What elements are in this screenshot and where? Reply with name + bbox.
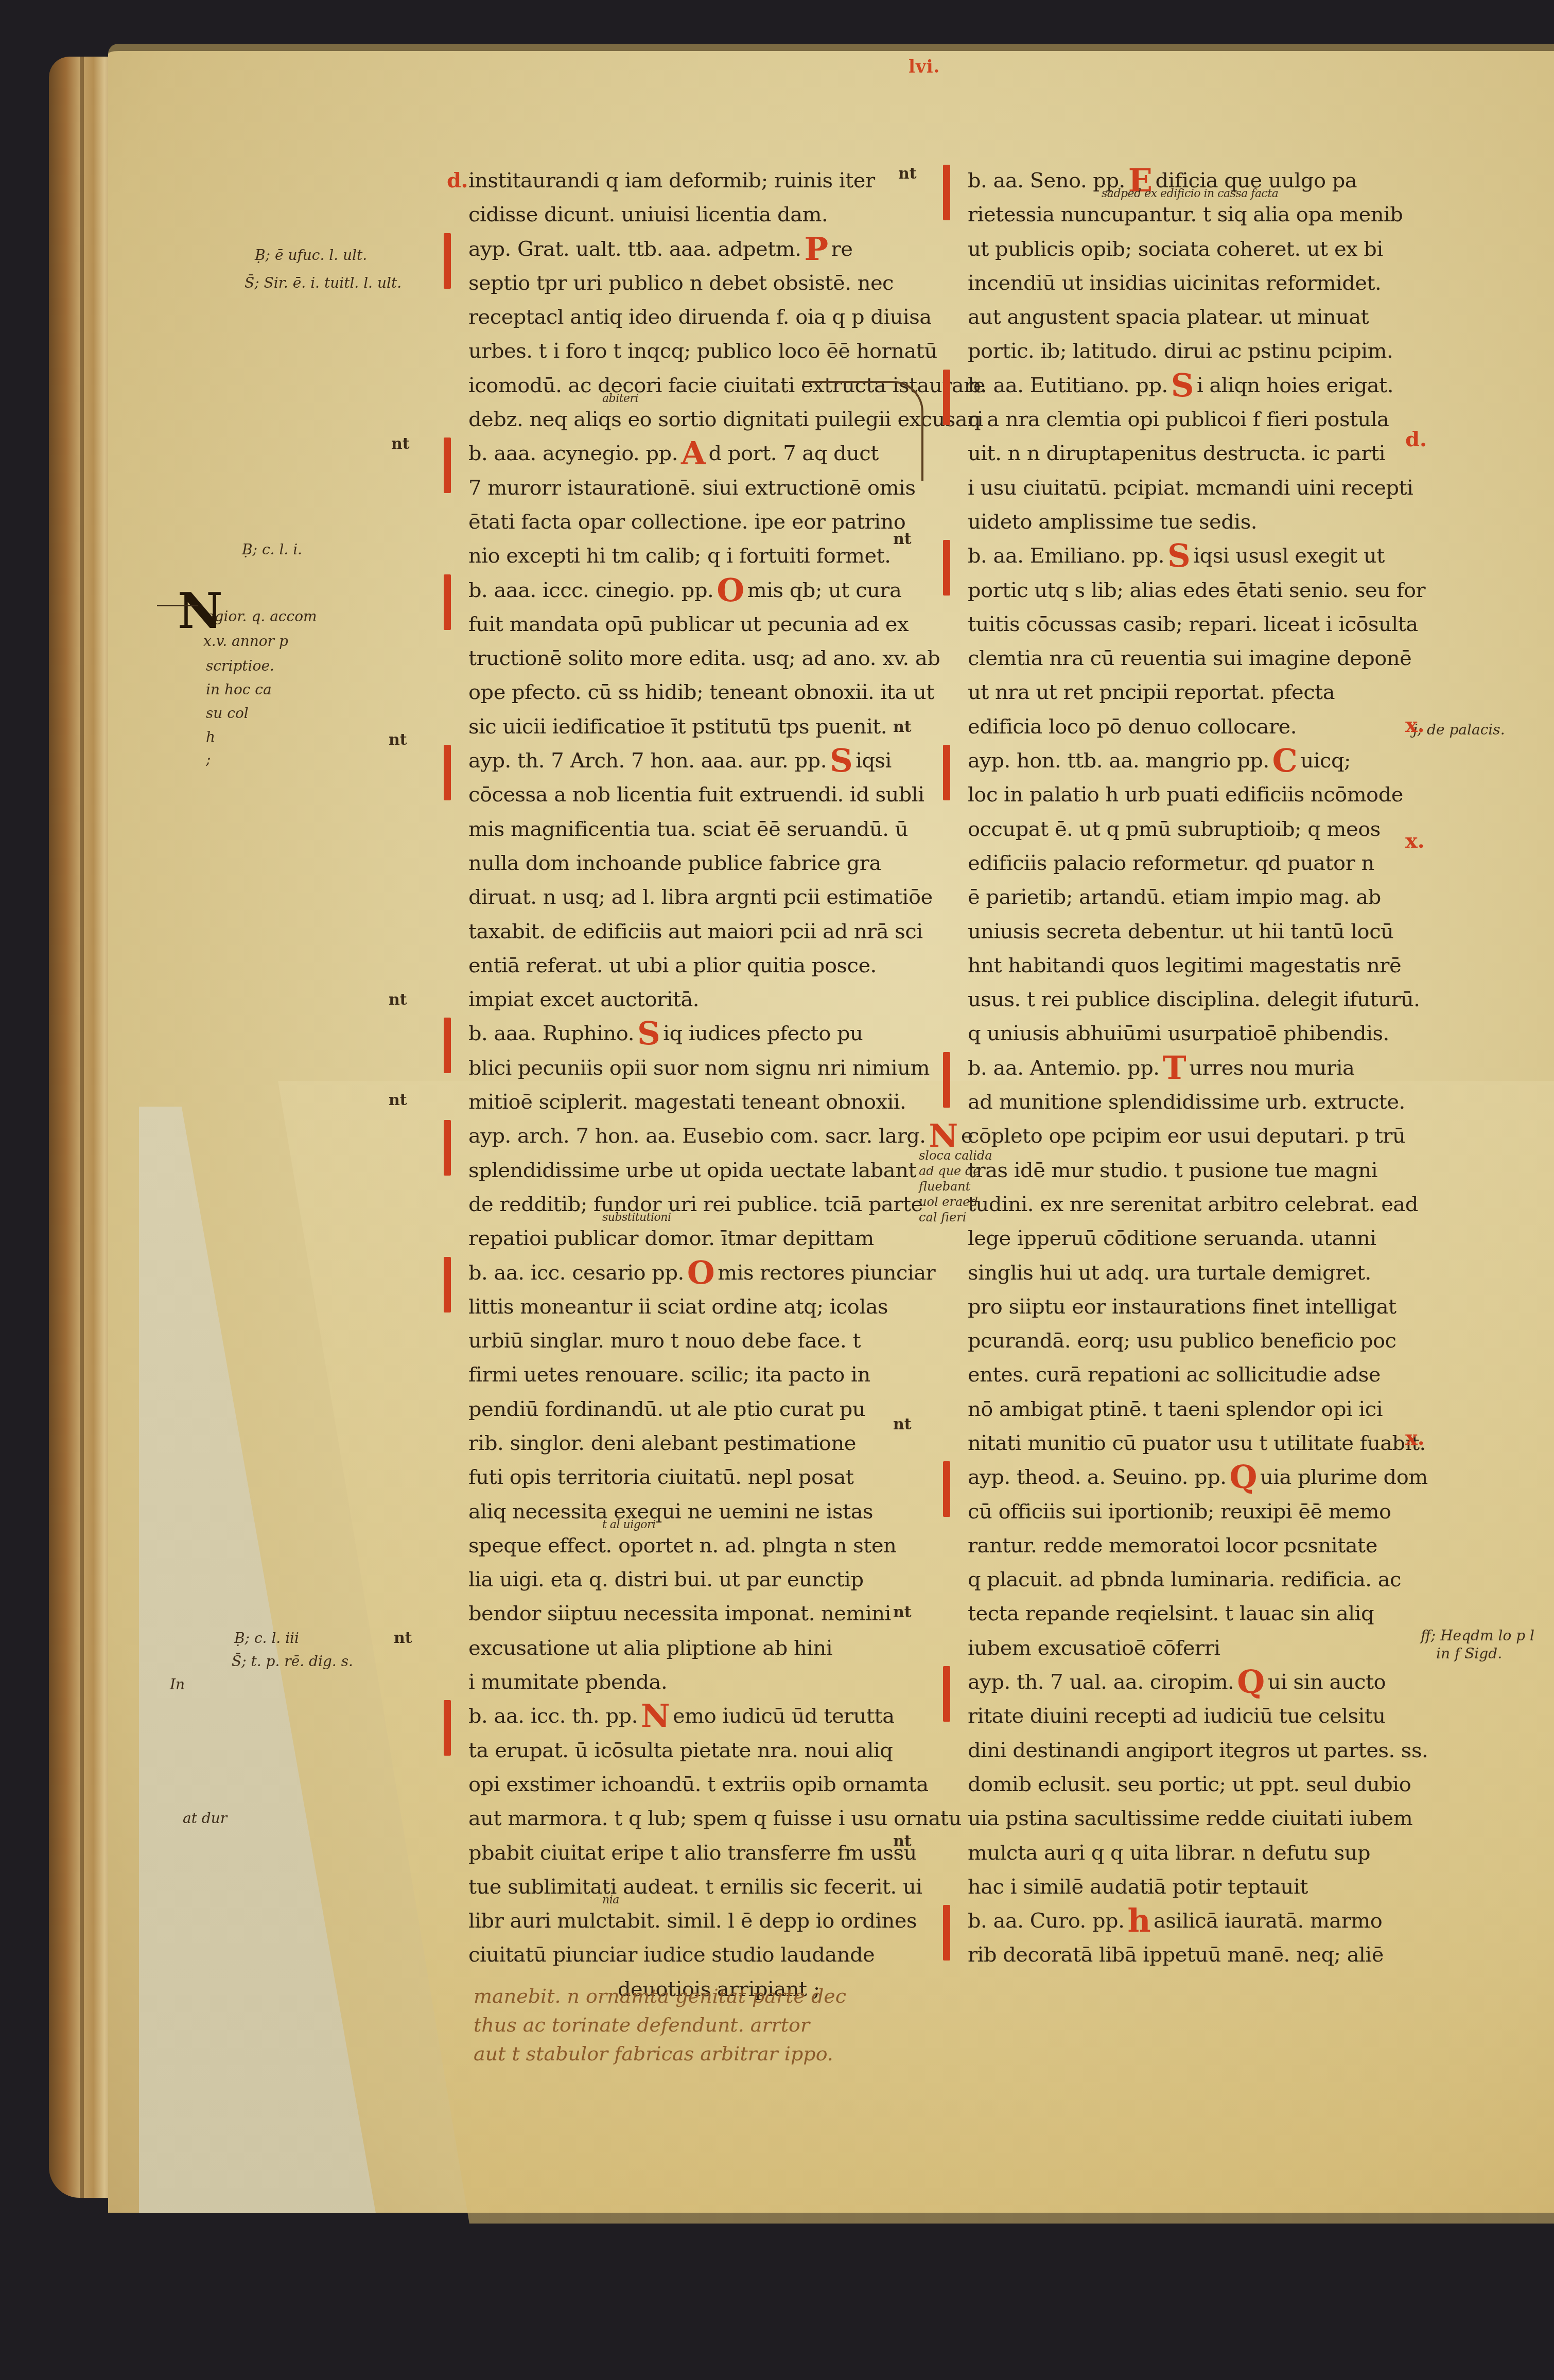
line-text: edificia loco pō denuo collocare. [968,715,1297,739]
line-text-after-initial: urres nou muria [1189,1056,1354,1080]
red-initial: O [717,574,744,606]
line-text: domib eclusit. seu portic; ut ppt. seul … [968,1773,1411,1796]
line-text: firmi uetes renouare. scilic; ita pacto … [468,1363,870,1387]
text-line: b. aa. Eutitiano. pp.Si aliqn hoies erig… [968,369,1410,402]
line-text: speque effect. oportet n. ad. plngta n s… [468,1534,896,1557]
text-line: singlis hui ut adq. ura turtale demigret… [968,1256,1410,1290]
text-line: edificia loco pō denuo collocare. [968,710,1410,744]
text-line: fuit mandata opū publicar ut pecunia ad … [468,607,911,641]
red-paragraph-mark: d. [447,164,468,198]
margin-note-left: h [206,728,215,746]
line-text: ayp. Grat. ualt. ttb. aaa. adpetm. [468,237,801,261]
text-line: excusatione ut alia pliptione ab hini [468,1631,911,1665]
line-text: blici pecuniis opii suor nom signu nri n… [468,1056,930,1080]
text-line: septio tpr uri publico n debet obsistē. … [468,266,911,300]
rubric-initial-I [943,1461,950,1517]
text-line: libr auri mulctabit. simil. l ē depp io … [468,1904,911,1938]
text-line: aliq necessita exequi ne uemini ne istas [468,1495,911,1529]
text-line: diruat. n usq; ad l. libra argnti pcii e… [468,880,911,914]
nota-mark: nt [893,530,912,548]
line-text: b. aa. icc. cesario pp. [468,1261,684,1285]
text-line: tuitis cōcussas casib; repari. liceat i … [968,607,1410,641]
line-text: cū officiis sui iportionib; reuxipi ēē m… [968,1500,1391,1524]
line-text: ayp. th. 7 ual. aa. ciropim. [968,1670,1234,1694]
text-line: aut marmora. t q lub; spem q fuisse i us… [468,1801,911,1835]
line-text-after-initial: re [831,237,853,261]
red-margin-mark: x. [1405,713,1425,737]
red-margin-mark: d. [1405,427,1427,451]
line-text-after-initial: uia plurime dom [1260,1465,1428,1489]
line-text: libr auri mulctabit. simil. l ē depp io … [468,1909,917,1933]
text-line: b. aa. icc. cesario pp.Omis rectores piu… [468,1256,911,1290]
text-line: firmi uetes renouare. scilic; ita pacto … [468,1358,911,1392]
text-line: entiā referat. ut ubi a plior quitia pos… [468,949,911,983]
line-text: diruat. n usq; ad l. libra argnti pcii e… [468,885,933,909]
nota-mark: nt [893,718,912,736]
text-line: cōpleto ope pcipim eor usui deputari. p … [968,1119,1410,1153]
red-initial: O [687,1257,715,1289]
red-margin-mark: x. [1405,829,1425,853]
text-line: ta erupat. ū icōsulta pietate nra. noui … [468,1734,911,1767]
line-text: aut marmora. t q lub; spem q fuisse i us… [468,1807,962,1830]
line-text: aliq necessita exequi ne uemini ne istas [468,1500,873,1524]
rubric-initial-I [444,574,451,630]
text-line: pendiū fordinandū. ut ale ptio curat pu [468,1392,911,1426]
nota-mark: nt [389,1091,407,1109]
line-text: septio tpr uri publico n debet obsistē. … [468,271,894,295]
line-text: b. aa. Curo. pp. [968,1909,1124,1933]
text-line: uniusis secreta debentur. ut hii tantū l… [968,915,1410,949]
line-text: q a nra clemtia opi publicoi f fieri pos… [968,408,1389,431]
text-line: nō ambigat ptinē. t taeni splendor opi i… [968,1392,1410,1426]
line-text: lia uigi. eta q. distri bui. ut par eunc… [468,1568,864,1591]
rubric-initial-I [943,745,950,800]
red-initial: Q [1230,1461,1258,1493]
text-line: tecta repande reqielsint. t lauac sin al… [968,1597,1410,1631]
nota-mark: nt [893,1832,912,1850]
text-line: tudini. ex nre serenitat arbitro celebra… [968,1187,1410,1221]
line-text: urbiū singlar. muro t nouo debe face. t [468,1329,861,1353]
margin-note-left: S̄; t. p. rē. dig. s. [232,1652,353,1671]
line-text: nō ambigat ptinē. t taeni splendor opi i… [968,1397,1383,1421]
line-text: portic utq s lib; alias edes ētati senio… [968,579,1425,602]
line-text: receptacl antiq ideo diruenda f. oia q p… [468,305,932,329]
text-line: ayp. th. 7 Arch. 7 hon. aaa. aur. pp.Siq… [468,744,911,778]
line-text: entiā referat. ut ubi a plior quitia pos… [468,954,877,977]
line-text: i mumitate pbenda. [468,1670,667,1694]
margin-note-left: S̄; Sir. ē. i. tuitl. l. ult. [245,274,401,292]
text-line: cidisse dicunt. uniuisi licentia dam. [468,198,911,232]
nota-mark: nt [391,435,410,453]
line-text: de redditib; fundor uri rei publice. tci… [468,1193,923,1216]
line-text: opi exstimer ichoandū. t extriis opib or… [468,1773,929,1796]
text-line: lia uigi. eta q. distri bui. ut par eunc… [468,1563,911,1597]
line-text: b. aa. icc. th. pp. [468,1704,638,1728]
rubric-initial-I [444,745,451,800]
addendum-note: manebit. n ornamta genitat parte decthus… [474,1982,846,2068]
rubric-initial-I [444,437,451,493]
line-text: tue sublimitati audeat. t ernilis sic fe… [468,1875,922,1899]
text-line: rib. singlor. deni alebant pestimatione [468,1426,911,1460]
interlinear-note: t al uigori [602,1519,656,1531]
line-text: tudini. ex nre serenitat arbitro celebra… [968,1193,1418,1216]
text-line: b. aa. Antemio. pp.Turres nou muria [968,1051,1410,1085]
line-text: dini destinandi angiport itegros ut part… [968,1739,1428,1762]
text-line: pcurandā. eorq; usu publico beneficio po… [968,1324,1410,1358]
margin-note-left: In [170,1675,185,1694]
line-text: sic uicii iedificatioe īt pstitutū tps p… [468,715,887,739]
decorated-initial-N: N [178,582,223,640]
text-line: uia pstina sacultissime redde ciuitati i… [968,1801,1410,1835]
line-text: rib decoratā libā ippetuū manē. neq; ali… [968,1943,1384,1967]
rubric-initial-I [943,165,950,220]
margin-note-right: in f Sigd. [1436,1644,1502,1663]
rubric-initial-I [444,1257,451,1312]
rubric-initial-I [943,1905,950,1961]
line-text: portic. ib; latitudo. dirui ac pstinu pc… [968,339,1393,363]
line-text: nio excepti hi tm calib; q i fortuiti fo… [468,544,891,568]
text-line: q uniusis abhuiūmi usurpatioē phibendis. [968,1017,1410,1051]
line-text-after-initial: mis qb; ut cura [747,579,902,602]
line-text: mis magnificentia tua. sciat ēē seruandū… [468,817,908,841]
line-text: b. aaa. acynegio. pp. [468,442,678,465]
text-line: tras idē mur studio. t pusione tue magni [968,1153,1410,1187]
red-initial: N [641,1700,670,1732]
line-text: lege ipperuū cōditione seruanda. utanni [968,1227,1376,1250]
line-text: i usu ciuitatū. pcipiat. mcmandi uini re… [968,476,1413,500]
line-text: cōpleto ope pcipim eor usui deputari. p … [968,1124,1405,1148]
line-text: b. aa. Eutitiano. pp. [968,374,1168,397]
text-line: usus. t rei publice disciplina. delegit … [968,983,1410,1017]
text-line: loc in palatio h urb puati edificiis ncō… [968,778,1410,812]
text-line: b. aa. icc. th. pp.Nemo iudicū ūd terutt… [468,1699,911,1733]
line-text: bendor siiptuu necessita imponat. nemini [468,1602,891,1625]
line-text: ta erupat. ū icōsulta pietate nra. noui … [468,1739,893,1762]
line-text: b. aaa. iccc. cinegio. pp. [468,579,713,602]
line-text-after-initial: iq iudices pfecto pu [663,1022,863,1045]
line-text: futi opis territoria ciuitatū. nepl posa… [468,1465,853,1489]
line-text: iubem excusatioē cōferri [968,1636,1220,1660]
text-line: portic. ib; latitudo. dirui ac pstinu pc… [968,334,1410,368]
text-line: edificiis palacio reformetur. qd puator … [968,846,1410,880]
pointer-line [157,605,198,606]
line-text: cidisse dicunt. uniuisi licentia dam. [468,203,828,226]
text-line: i usu ciuitatū. pcipiat. mcmandi uini re… [968,471,1410,505]
text-line: ope pfecto. cū ss hidib; teneant obnoxii… [468,675,911,709]
text-line: portic utq s lib; alias edes ētati senio… [968,573,1410,607]
folio-number: lvi. [909,57,940,77]
red-initial: A [681,437,706,469]
line-text: rib. singlor. deni alebant pestimatione [468,1431,856,1455]
text-line: iubem excusatioē cōferri [968,1631,1410,1665]
line-text: ad munitione splendidissime urb. extruct… [968,1090,1405,1114]
line-text: uit. n n diruptapenitus destructa. ic pa… [968,442,1385,465]
text-line: b. aaa. iccc. cinegio. pp.Omis qb; ut cu… [468,573,911,607]
text-line: impiat excet auctoritā. [468,983,911,1017]
line-text: ritate diuini recepti ad iudiciū tue cel… [968,1704,1386,1728]
line-text: hac i similē audatiā potir teptauit [968,1875,1308,1899]
text-line: nio excepti hi tm calib; q i fortuiti fo… [468,539,911,573]
line-text: ayp. theod. a. Seuino. pp. [968,1465,1227,1489]
text-line: incendiū ut insidias uicinitas reformide… [968,266,1410,300]
text-line: hnt habitandi quos legitimi magestatis n… [968,949,1410,983]
red-initial: S [1171,370,1194,401]
margin-note-left: scriptioe. [206,657,274,675]
red-initial: h [1127,1905,1150,1937]
text-line: aut angustent spacia platear. ut minuat [968,300,1410,334]
line-text: impiat excet auctoritā. [468,988,699,1011]
line-text: fuit mandata opū publicar ut pecunia ad … [468,612,909,636]
margin-note-left: su col [206,704,249,723]
text-line: tructionē solito more edita. usq; ad ano… [468,641,911,675]
text-line: mis magnificentia tua. sciat ēē seruandū… [468,812,911,846]
line-text: clemtia nra cū reuentia sui imagine depo… [968,646,1411,670]
line-text: hnt habitandi quos legitimi magestatis n… [968,954,1401,977]
line-text: cōcessa a nob licentia fuit extruendi. i… [468,783,924,807]
line-text: ut nra ut ret pncipii reportat. pfecta [968,680,1335,704]
line-text: pro siiptu eor instaurations finet intel… [968,1295,1396,1319]
addendum-line: thus ac torinate defendunt. arrtor [474,2010,846,2039]
line-text: tuitis cōcussas casib; repari. liceat i … [968,612,1418,636]
interlinear-note: substitutioni [602,1212,671,1223]
nota-mark: nt [389,731,407,749]
text-line: bendor siiptuu necessita imponat. nemini [468,1597,911,1631]
line-text: nulla dom inchoande publice fabrice gra [468,851,881,875]
line-text: splendidissime urbe ut opida uectate lab… [468,1159,916,1182]
gloss-line: uol eraed [919,1194,992,1210]
text-line: entes. curā repationi ac sollicitudie ad… [968,1358,1410,1392]
text-line: mitioē sciplerit. magestati teneant obno… [468,1085,911,1119]
text-line: urbiū singlar. muro t nouo debe face. t [468,1324,911,1358]
text-line: d.institaurandi q iam deformib; ruinis i… [468,164,911,198]
rubric-initial-I [943,540,950,596]
text-line: futi opis territoria ciuitatū. nepl posa… [468,1460,911,1494]
text-line: ut publicis opib; sociata coheret. ut ex… [968,232,1410,266]
line-text: ē parietib; artandū. etiam impio mag. ab [968,885,1381,909]
text-line: rib decoratā libā ippetuū manē. neq; ali… [968,1938,1410,1972]
line-text: excusatione ut alia pliptione ab hini [468,1636,832,1660]
text-line: nulla dom inchoande publice fabrice gra [468,846,911,880]
line-text-after-initial: uicq; [1300,749,1351,773]
interlinear-gloss: sloca calidaad que defluebantuol eraedca… [919,1148,992,1225]
line-text: entes. curā repationi ac sollicitudie ad… [968,1363,1381,1387]
text-line: i mumitate pbenda. [468,1665,911,1699]
text-line: occupat ē. ut q pmū subruptioib; q meos [968,812,1410,846]
line-text-after-initial: iqsi ususl exegit ut [1193,544,1384,568]
line-text-after-initial: ui sin aucto [1268,1670,1386,1694]
text-line: ayp. arch. 7 hon. aa. Eusebio com. sacr.… [468,1119,911,1153]
text-line: littis moneantur ii sciat ordine atq; ic… [468,1290,911,1324]
line-text-after-initial: asilicā iauratā. marmo [1154,1909,1382,1933]
red-initial: N [929,1120,958,1152]
text-line: uit. n n diruptapenitus destructa. ic pa… [968,436,1410,470]
gloss-line: cal fieri [919,1210,992,1225]
text-line: ē parietib; artandū. etiam impio mag. ab [968,880,1410,914]
red-initial: P [804,233,828,265]
line-text-after-initial: emo iudicū ūd terutta [673,1704,894,1728]
line-text-after-initial: i aliqn hoies erigat. [1197,374,1393,397]
nota-mark: nt [394,1629,412,1647]
text-line: rantur. redde memoratoi locor pcsnitate [968,1529,1410,1563]
line-text-after-initial: iqsi [855,749,892,773]
margin-note-left: Ḅ; ē ufuc. l. ult. [255,246,367,265]
text-line: ayp. theod. a. Seuino. pp.Quia plurime d… [968,1460,1410,1494]
interlinear-note: nia [602,1895,619,1906]
line-text: aut angustent spacia platear. ut minuat [968,305,1369,329]
text-line: receptacl antiq ideo diruenda f. oia q p… [468,300,911,334]
text-line: cū officiis sui iportionib; reuxipi ēē m… [968,1495,1410,1529]
text-line: domib eclusit. seu portic; ut ppt. seul … [968,1767,1410,1801]
red-initial: T [1163,1052,1186,1084]
text-line: pro siiptu eor instaurations finet intel… [968,1290,1410,1324]
text-line: ut nra ut ret pncipii reportat. pfecta [968,675,1410,709]
line-text: littis moneantur ii sciat ordine atq; ic… [468,1295,888,1319]
rubric-initial-I [943,370,950,425]
line-text: loc in palatio h urb puati edificiis ncō… [968,783,1403,807]
line-text: pbabit ciuitat eripe t alio transferre f… [468,1841,917,1865]
line-text: institaurandi q iam deformib; ruinis ite… [468,169,875,192]
line-text: q placuit. ad pbnda luminaria. redificia… [968,1568,1401,1591]
gloss-line: sloca calida [919,1148,992,1163]
text-line: blici pecuniis opii suor nom signu nri n… [468,1051,911,1085]
text-line: q a nra clemtia opi publicoi f fieri pos… [968,402,1410,436]
rubric-initial-I [943,1052,950,1108]
line-text: mulcta auri q q uita librar. n defutu su… [968,1841,1370,1865]
line-text: ayp. hon. ttb. aa. mangrio pp. [968,749,1269,773]
interlinear-note: abiteri [602,393,638,405]
text-line: ētati facta opar collectione. ipe eor pa… [468,505,911,539]
nota-mark: nt [893,1603,912,1621]
text-line: rietessia nuncupantur. t siq alia opa me… [968,198,1410,232]
line-text: rietessia nuncupantur. t siq alia opa me… [968,203,1403,226]
rubric-initial-I [444,1700,451,1756]
red-margin-mark: x. [1405,1426,1425,1450]
text-line: mulcta auri q q uita librar. n defutu su… [968,1836,1410,1870]
text-line: ayp. th. 7 ual. aa. ciropim.Qui sin auct… [968,1665,1410,1699]
line-text: uideto amplissime tue sedis. [968,510,1257,534]
text-line: nitati munitio cū puator usu t utilitate… [968,1426,1410,1460]
line-text: taxabit. de edificiis aut maiori pcii ad… [468,920,922,943]
line-text: urbes. t i foro t inqcq; publico loco ēē… [468,339,937,363]
text-column-right: b. aa. Seno. pp.Edificia que uulgo parie… [968,164,1410,1972]
margin-note-left: Ḅ; c. l. iii [234,1629,299,1648]
line-text: usus. t rei publice disciplina. delegit … [968,988,1420,1011]
line-text: tructionē solito more edita. usq; ad ano… [468,646,940,670]
nota-mark: nt [898,165,917,183]
line-text: ope pfecto. cū ss hidib; teneant obnoxii… [468,680,934,704]
text-line: repatioi publicar domor. ītmar depittam [468,1221,911,1255]
interlinear-note: sadped ex edificio in cassa facta [1102,188,1278,200]
margin-note-left: Ḅ; c. l. i. [242,540,302,559]
text-line: ayp. hon. ttb. aa. mangrio pp.Cuicq; [968,744,1410,778]
text-line: cōcessa a nob licentia fuit extruendi. i… [468,778,911,812]
text-line: hac i similē audatiā potir teptauit [968,1870,1410,1904]
nota-mark: nt [389,991,407,1009]
line-text: ut publicis opib; sociata coheret. ut ex… [968,237,1383,261]
text-line: sic uicii iedificatioe īt pstitutū tps p… [468,710,911,744]
addendum-line: aut t stabulor fabricas arbitrar ippo. [474,2039,846,2068]
margin-note-left: at dur [183,1809,227,1828]
line-text: tras idē mur studio. t pusione tue magni [968,1159,1377,1182]
text-line: de redditib; fundor uri rei publice. tci… [468,1187,911,1221]
line-text: pendiū fordinandū. ut ale ptio curat pu [468,1397,865,1421]
rubric-initial-I [444,1120,451,1176]
line-text: incendiū ut insidias uicinitas reformide… [968,271,1381,295]
red-initial: Q [1237,1666,1265,1698]
text-line: b. aa. Curo. pp.hasilicā iauratā. marmo [968,1904,1410,1938]
text-line: taxabit. de edificiis aut maiori pcii ad… [468,915,911,949]
rubric-initial-I [943,1666,950,1722]
line-text: b. aa. Emiliano. pp. [968,544,1164,568]
text-line: ad munitione splendidissime urb. extruct… [968,1085,1410,1119]
correction-bracket [803,381,923,481]
line-text: ētati facta opar collectione. ipe eor pa… [468,510,905,534]
text-line: ritate diuini recepti ad iudiciū tue cel… [968,1699,1410,1733]
text-line: b. aa. Emiliano. pp.Siqsi ususl exegit u… [968,539,1410,573]
text-line: dini destinandi angiport itegros ut part… [968,1734,1410,1767]
gloss-line: fluebant [919,1179,992,1194]
rubric-initial-I [444,233,451,289]
line-text: singlis hui ut adq. ura turtale demigret… [968,1261,1371,1285]
line-text: ciuitatū piunciar iudice studio laudande [468,1943,875,1967]
line-text: q uniusis abhuiūmi usurpatioē phibendis. [968,1022,1389,1045]
line-text: ayp. arch. 7 hon. aa. Eusebio com. sacr.… [468,1124,926,1148]
line-text: b. aaa. Ruphino. [468,1022,634,1045]
text-line: opi exstimer ichoandū. t extriis opib or… [468,1767,911,1801]
line-text: ayp. th. 7 Arch. 7 hon. aaa. aur. pp. [468,749,827,773]
text-line: q placuit. ad pbnda luminaria. redificia… [968,1563,1410,1597]
line-text-after-initial: mis rectores piunciar [718,1261,935,1285]
text-line: ciuitatū piunciar iudice studio laudande [468,1938,911,1972]
text-line: ayp. Grat. ualt. ttb. aaa. adpetm.Pre [468,232,911,266]
addendum-line: manebit. n ornamta genitat parte dec [474,1982,846,2010]
text-line: urbes. t i foro t inqcq; publico loco ēē… [468,334,911,368]
line-text: mitioē sciplerit. magestati teneant obno… [468,1090,906,1114]
line-text: rantur. redde memoratoi locor pcsnitate [968,1534,1377,1557]
margin-note-left: ; [206,750,211,769]
red-initial: C [1272,745,1298,777]
line-text: occupat ē. ut q pmū subruptioib; q meos [968,817,1381,841]
line-text: tecta repande reqielsint. t lauac sin al… [968,1602,1374,1625]
margin-note-left: in hoc ca [206,680,272,699]
line-text: uniusis secreta debentur. ut hii tantū l… [968,920,1393,943]
text-line: pbabit ciuitat eripe t alio transferre f… [468,1836,911,1870]
line-text: edificiis palacio reformetur. qd puator … [968,851,1374,875]
line-text: b. aa. Antemio. pp. [968,1056,1160,1080]
text-line: speque effect. oportet n. ad. plngta n s… [468,1529,911,1563]
text-line: clemtia nra cū reuentia sui imagine depo… [968,641,1410,675]
text-line: uideto amplissime tue sedis. [968,505,1410,539]
red-initial: S [1167,540,1190,572]
text-line: splendidissime urbe ut opida uectate lab… [468,1153,911,1187]
line-text: repatioi publicar domor. ītmar depittam [468,1227,874,1250]
text-line: b. aaa. Ruphino.Siq iudices pfecto pu [468,1017,911,1051]
text-line: tue sublimitati audeat. t ernilis sic fe… [468,1870,911,1904]
gloss-line: ad que de [919,1163,992,1179]
line-text: nitati munitio cū puator usu t utilitate… [968,1431,1426,1455]
line-text: pcurandā. eorq; usu publico beneficio po… [968,1329,1396,1353]
nota-mark: nt [893,1415,912,1433]
red-initial: S [637,1018,660,1049]
text-line: lege ipperuū cōditione seruanda. utanni [968,1221,1410,1255]
red-initial: S [830,745,852,777]
margin-note-right: j; de palacis. [1413,721,1505,739]
margin-note-right: ff; Heqdm lo p l [1421,1626,1534,1645]
line-text: uia pstina sacultissime redde ciuitati i… [968,1807,1412,1830]
rubric-initial-I [444,1018,451,1073]
